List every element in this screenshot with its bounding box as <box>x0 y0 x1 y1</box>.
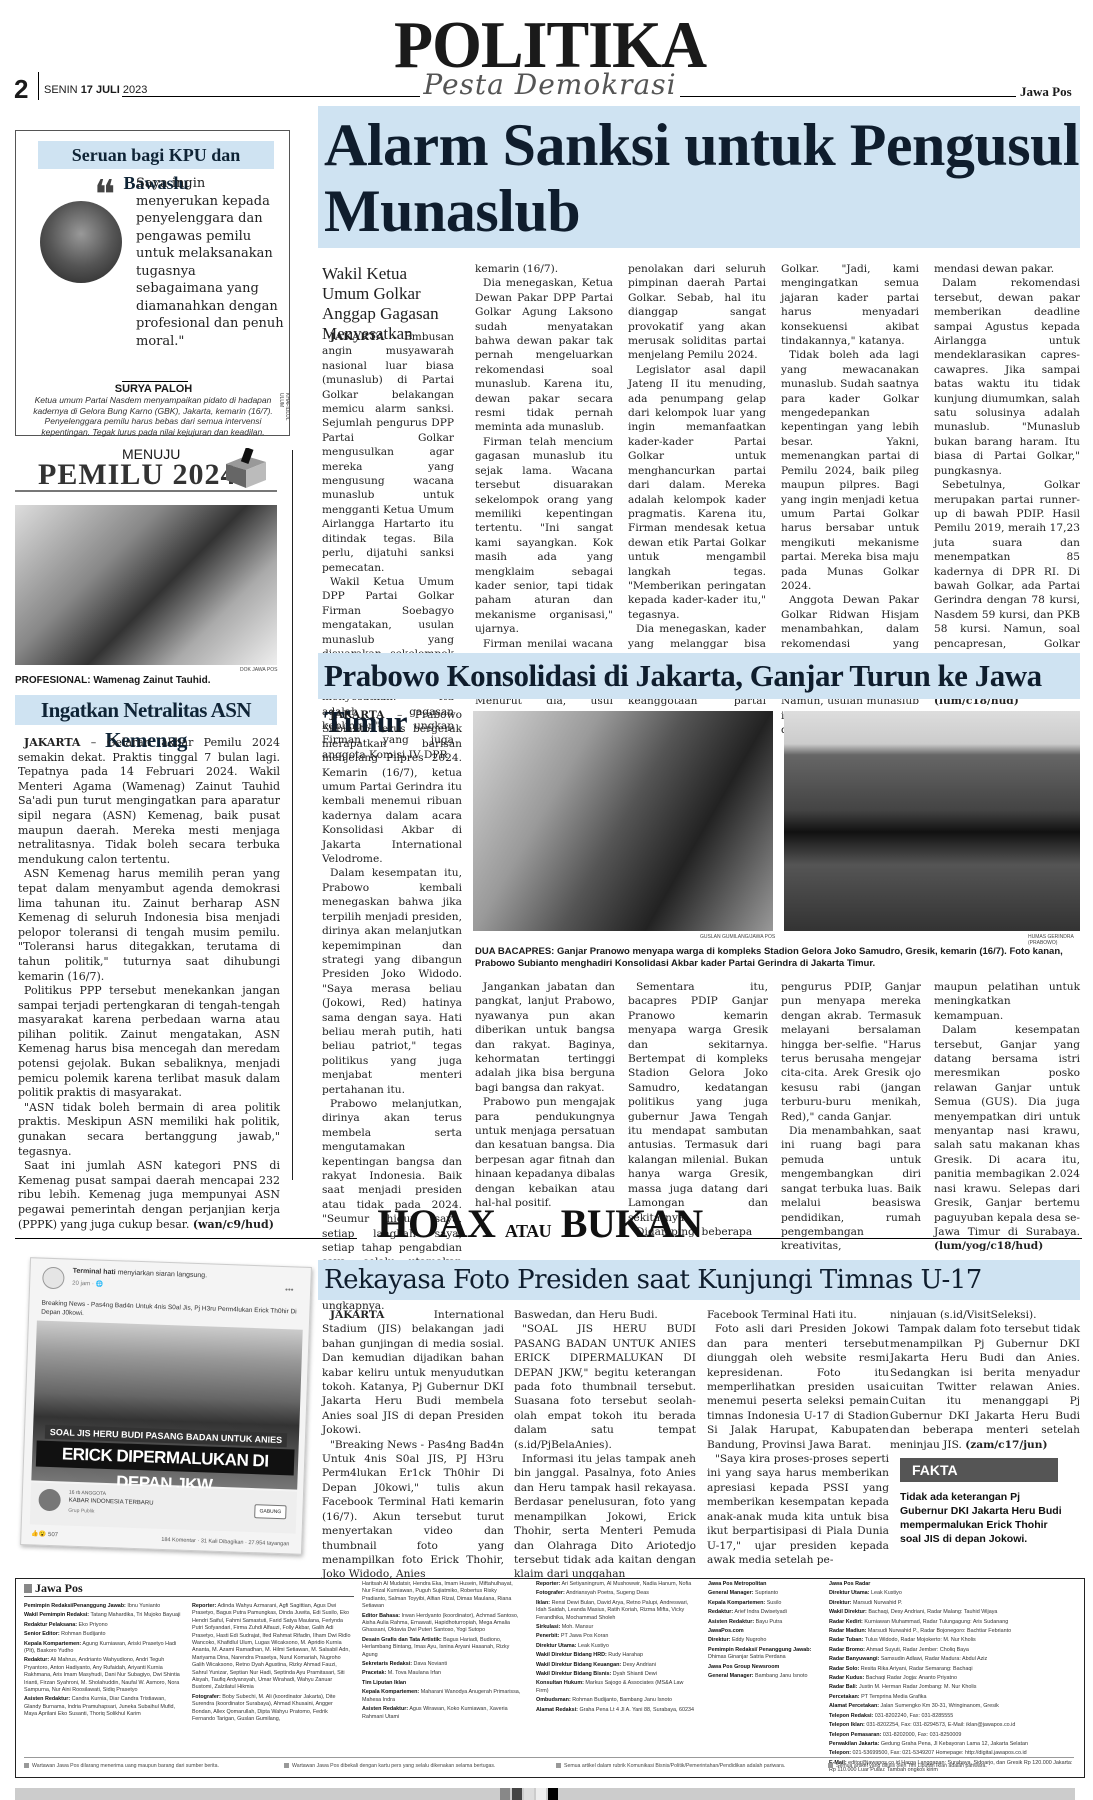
paragraph: Tampak dalam foto tersebut tidak menampi… <box>890 1323 1080 1450</box>
paragraph: Dalam kesempatan tersebut, Ganjar yang d… <box>934 1024 1080 1238</box>
more-options-icon: ••• <box>285 1285 294 1294</box>
hoax-rule-left <box>15 1238 357 1239</box>
title-bukan: BUKAN <box>561 1201 703 1246</box>
paragraph: mendasi dewan pakar. <box>934 262 1080 276</box>
impressum-entry: JawaPos.com <box>708 1628 828 1635</box>
paragraph: Firman telah mencium gagasan munaslub it… <box>475 435 613 637</box>
paragraph: maupun pelatihan untuk meningkatkan kema… <box>934 980 1080 1023</box>
impressum-entry: Kepala Kompartemen: Susilo <box>708 1600 828 1607</box>
article-column: Jangankan jabatan dan pangkat, lanjut Pr… <box>475 980 615 1211</box>
article-column: Baswedan, dan Heru Budi. "SOAL JIS HERU … <box>514 1308 696 1582</box>
caption-text: Ganjar Pranowo menyapa warga di kompleks… <box>475 946 1063 969</box>
impressum-entry: Radar Solo: Resita Rika Ariyani, Radar S… <box>829 1666 1079 1673</box>
photo-credit: KHAFIDLUL ULUM <box>278 393 290 435</box>
impressum-entry: Direktur Utama: Leak Kustiyo <box>829 1590 1079 1597</box>
impressum-entry: Wakil Direktur Bidang HRD: Rudy Harahap <box>536 1652 696 1659</box>
impressum-entry: Redaktur Pelaksana: Eko Priyono <box>24 1622 182 1629</box>
signoff: (zam/c17/jun) <box>965 1439 1047 1451</box>
article-column: maupun pelatihan untuk meningkatkan kema… <box>934 980 1080 1254</box>
signoff: (wan/c9/hud) <box>193 1218 274 1231</box>
impressum-column: Pemimpin Redaksi/Penanggung Jawab: Ibnu … <box>24 1603 182 1721</box>
paragraph: "Breaking News - Pas4ng Bad4n Untuk 4nis… <box>322 1438 504 1582</box>
article-column: ninjauan (s.id/VisitSeleksi). Tampak dal… <box>890 1308 1080 1452</box>
paragraph: kemarin (16/7). <box>475 262 613 276</box>
impressum-entry: Radar Banyuwangi: Samsudin Adlawi, Radar… <box>829 1656 1079 1663</box>
article-column: pengurus PDIP, Ganjar pun menyapa mereka… <box>781 980 921 1254</box>
hoax-section-title: HOAX ATAU BUKAN <box>360 1200 720 1247</box>
impressum-entry: Senior Editor: Rohman Budijanto <box>24 1631 182 1638</box>
article-headline: Ingatkan Netralitas ASN Kemenag <box>15 695 277 725</box>
paragraph: Dia menambahkan, saat ini ruang bagi par… <box>781 1124 921 1254</box>
impressum-entry: Radar Tuban: Tulus Widodo, Radar Mojoker… <box>829 1637 1079 1644</box>
page-number: 2 <box>14 74 28 105</box>
impressum-entry: Alamat Redaksi: Graha Pena Lt 4 Jl A. Ya… <box>536 1707 696 1714</box>
post-action: menyiarkan siaran langsung. <box>117 1269 207 1279</box>
prabowo-photo <box>784 711 1080 931</box>
impressum-entry: Penerbit: PT Jawa Pos Koran <box>536 1633 696 1640</box>
impressum-entry: Percetakan: PT Temprina Media Grafika <box>829 1694 1079 1701</box>
paragraph: penolakan dari seluruh pimpinan daerah P… <box>628 262 766 363</box>
impressum-entry: Asisten Redaktur: Agus Wirawan, Koko Kur… <box>362 1706 522 1721</box>
impressum-entry: Desain Grafis dan Tata Artistik: Bagus H… <box>362 1637 522 1659</box>
paragraph: Jangankan jabatan dan pangkat, lanjut Pr… <box>475 980 615 1095</box>
impressum-entry: Jawa Pos Metropolitan <box>708 1581 828 1588</box>
paragraph: – Embusan angin musyawarah nasional luar… <box>322 331 454 574</box>
impressum-entry: Pracetak: M. Tova Maulana Irfan <box>362 1670 522 1677</box>
impressum-rule <box>24 1596 354 1597</box>
main-headline: Alarm Sanksi untuk Pengusul Munaslub <box>318 106 1080 248</box>
dateline: JAKARTA <box>330 1309 384 1321</box>
group-members: 16 rb ANGGOTA <box>69 1490 106 1497</box>
impressum-column: Jawa Pos RadarDirektur Utama: Leak Kusti… <box>829 1581 1079 1777</box>
date-daymonth: 17 JULI <box>81 84 120 96</box>
avatar <box>42 1267 65 1290</box>
group-card: 16 rb ANGGOTA KABAR INDONESIA TERBARU Gr… <box>30 1482 297 1533</box>
impressum-entry: Jawa Pos Group Newsroom <box>708 1664 828 1671</box>
impressum-entry: Fotografer: Boby Subechi, M. Ali (koordi… <box>192 1694 352 1724</box>
paragraph: "Saya kira proses-proses seperti ini yan… <box>707 1452 889 1567</box>
caption-label: DUA BACAPRES: <box>475 946 554 957</box>
facebook-post-screenshot: Terminal hati menyiarkan siaran langsung… <box>20 1257 312 1555</box>
logo-text: Jawa Pos <box>35 1581 83 1595</box>
quote-caption: Ketua umum Partai Nasdem menyampaikan pi… <box>28 395 278 437</box>
quote-text: Saya ingin menyerukan kepada penyelengga… <box>136 175 286 350</box>
registration-marks <box>500 1788 580 1800</box>
impressum-entry: Direktur: Eddy Nugroho <box>708 1637 828 1644</box>
article-headline: Rekayasa Foto Presiden saat Kunjungi Tim… <box>318 1260 1080 1300</box>
impressum-entry: Asisten Redaktur: Bayu Putra <box>708 1619 828 1626</box>
impressum-column: Reporter: Ari Setiyaningrum, Al Mushowwi… <box>536 1581 696 1716</box>
impressum-column: Jawa Pos MetropolitanGeneral Manager: Su… <box>708 1581 828 1682</box>
impressum-entry: Wakil Direktur Bidang Bisnis: Dyah Shian… <box>536 1671 696 1678</box>
impressum-entry: Kepala Kompartemen: Maharani Wanodya Anu… <box>362 1689 522 1704</box>
paragraph: Dalam kesempatan itu, Prabowo kembali me… <box>322 866 462 1097</box>
footnote: Wartawan Jawa Pos dibekali dengan kartu … <box>284 1763 495 1769</box>
header-rule-left <box>122 96 420 97</box>
group-avatar <box>38 1489 61 1512</box>
photo-caption: DUA BACAPRES: Ganjar Pranowo menyapa war… <box>475 946 1083 970</box>
issue-date: SENIN 17 JULI 2023 <box>44 84 147 96</box>
post-time: 20 jam · 🌐 <box>72 1280 103 1288</box>
paragraph: Politikus PPP tersebut menekankan jangan… <box>18 984 280 1101</box>
pemilu-rule <box>15 490 277 492</box>
impressum-entry: Radar Madiun: Marsudi Nurwahid P., Radar… <box>829 1628 1079 1635</box>
title-atau: ATAU <box>505 1221 551 1241</box>
date-day: SENIN <box>44 84 78 96</box>
impressum-entry: Direktur: Marsudi Nurwahid P. <box>829 1600 1079 1607</box>
impressum-entry: Pemimpin Redaksi/ Penanggung Jawab: Dhim… <box>708 1647 828 1662</box>
impressum-entry: Editor Bahasa: Irwan Herdyanto (koordina… <box>362 1613 522 1635</box>
paragraph: International Stadium (JIS) belakangan j… <box>322 1309 504 1436</box>
zainut-photo <box>15 505 277 665</box>
footnote: Wartawan Jawa Pos dilarang menerima uang… <box>24 1763 219 1769</box>
hoax-rule-right <box>720 1238 1082 1239</box>
impressum-entry: Tim Liputan Iklan <box>362 1680 522 1687</box>
ballot-box-icon <box>222 448 268 488</box>
paragraph: ninjauan (s.id/VisitSeleksi). <box>890 1308 1080 1322</box>
impressum-entry: Radar Kudus: Bachaqi Radar Jogja: Ananto… <box>829 1675 1079 1682</box>
paragraph: Tidak boleh ada lagi yang mewacanakan mu… <box>781 348 919 593</box>
reaction-count: 👍😮 507 <box>31 1530 58 1538</box>
speaker-photo <box>40 201 122 283</box>
article-column: JAKARTA International Stadium (JIS) bela… <box>322 1308 504 1582</box>
speaker-rule <box>122 381 188 382</box>
impressum-entry: Sirkulasi: Moh. Mansur <box>536 1624 696 1631</box>
paragraph: Foto asli dari Presiden Jokowi dan para … <box>707 1322 889 1452</box>
paragraph: Dalam rekomendasi tersebut, dewan pakar … <box>934 276 1080 478</box>
article-column: mendasi dewan pakar. Dalam rekomendasi t… <box>934 262 1080 709</box>
impressum-logo: Jawa Pos <box>24 1581 83 1596</box>
impressum-entry: Reporter: Ari Setiyaningrum, Al Mushowwi… <box>536 1581 696 1588</box>
brand-name: Jawa Pos <box>1020 84 1072 100</box>
impressum-entry: Pemimpin Redaksi/Penanggung Jawab: Ibnu … <box>24 1603 182 1610</box>
article-column: Facebook Terminal Hati itu. Foto asli da… <box>707 1308 889 1567</box>
fakta-text: Tidak ada keterangan Pj Gubernur DKI Jak… <box>900 1490 1070 1546</box>
impressum-entry: Telepon Redaksi: 031-8202240, Fax: 031-8… <box>829 1713 1079 1720</box>
post-thumbnail: SOAL JIS HERU BUDI PASANG BADAN UNTUK AN… <box>31 1320 302 1489</box>
post-author: Terminal hati menyiarkan siaran langsung… <box>73 1268 208 1280</box>
paragraph: Golkar. "Jadi, kami mengingatkan semua j… <box>781 262 919 348</box>
date-year: 2023 <box>123 84 147 96</box>
impressum-entry: Wakil Pemimpin Redaksi: Tatang Mahardika… <box>24 1612 182 1619</box>
impressum-entry: Ombudsman: Rohman Budijanto, Bambang Jan… <box>536 1697 696 1704</box>
title-hoax: HOAX <box>377 1201 495 1246</box>
article-headline: Prabowo Konsolidasi di Jakarta, Ganjar T… <box>318 653 1080 699</box>
impressum-entry: Sekretaris Redaksi: Dava Novianti <box>362 1661 522 1668</box>
header-rule-right <box>680 96 1016 97</box>
footnote: Semua artikel dalam rubrik Komunikasi Bi… <box>556 1763 785 1769</box>
impressum-entry: Alamat Percetakan: Jalan Sumengko Km 30-… <box>829 1703 1079 1710</box>
impressum-column: Reporter: Adinda Wahyu Azmarani, Agfi Sa… <box>192 1603 352 1726</box>
impressum-column: Haritsah Al Mudatsir, Hendra Eka, Imam H… <box>362 1581 522 1723</box>
impressum-entry: Perwakilan Jakarta: Gedung Graha Pena, J… <box>829 1741 1079 1748</box>
column-divider <box>292 450 293 1180</box>
impressum-entry: Redaktur: Ali Mahrus, Andrianto Wahyudio… <box>24 1657 182 1694</box>
fakta-label: FAKTA <box>900 1458 1058 1482</box>
paragraph: ASN Kemenag harus memilih peran yang tep… <box>18 867 280 984</box>
impressum-entry: General Manager: Bambang Janu Isnoto <box>708 1673 828 1680</box>
impressum-entry: Telepon Pemasaran: 031-8202000, Fax: 031… <box>829 1732 1079 1739</box>
impressum-entry: Haritsah Al Mudatsir, Hendra Eka, Imam H… <box>362 1581 522 1611</box>
paragraph: Sementara itu, bacapres PDIP Ganjar Pran… <box>628 980 768 1225</box>
impressum-entry: Wakil Direktur Bidang Keuangan: Desy And… <box>536 1662 696 1669</box>
footnote: Semua artikel yang ditulis oleh Tim Lipu… <box>828 1763 987 1769</box>
impressum-entry: Radar Bromo: Ahmad Suyuti, Radar Jember:… <box>829 1647 1079 1654</box>
paragraph: Prabowo pun mengajak para pendukungnya u… <box>475 1095 615 1210</box>
impressum-entry: Reporter: Adinda Wahyu Azmarani, Agfi Sa… <box>192 1603 352 1692</box>
paragraph: "ASN tidak boleh bermain di area politik… <box>18 1101 280 1159</box>
impressum-entry: Wakil Direktur: Bachaqi, Desy Andriani, … <box>829 1609 1079 1616</box>
impressum-entry: General Manager: Suprianto <box>708 1590 828 1597</box>
photo-credit: DOK JAWA POS <box>240 667 277 673</box>
impressum-entry: Telepon Iklan: 031-8202254, Fax: 031-829… <box>829 1722 1079 1729</box>
impressum-entry: Fotografer: Andriansyah Poetra, Sugeng D… <box>536 1590 696 1597</box>
paragraph: – Gelaran akbar Pemilu 2024 semakin deka… <box>18 736 280 866</box>
page-separator <box>38 72 39 100</box>
paragraph: – Prabowo Subianto terus bergerak merapa… <box>322 709 462 865</box>
quote-title: Seruan bagi KPU dan Bawaslu <box>38 141 274 169</box>
impressum-entry: Radar Kediri: Kurniawan Muhammad, Radar … <box>829 1619 1079 1626</box>
impressum-entry: Kepala Kompartemen: Agung Kurniawan, Ari… <box>24 1641 182 1656</box>
impressum-entry: Radar Bali: Justin M. Herman Radar Jomba… <box>829 1684 1079 1691</box>
impressum-entry: Jawa Pos Radar <box>829 1581 1079 1588</box>
section-subtitle: Pesta Demokrasi <box>420 68 680 101</box>
impressum-box: Jawa Pos Pemimpin Redaksi/Penanggung Jaw… <box>15 1578 1085 1778</box>
paragraph: Dia menegaskan, Ketua Dewan Pakar DPP Pa… <box>475 276 613 434</box>
paragraph: Informasi itu jelas tampak aneh bin jang… <box>514 1452 696 1582</box>
post-stats: 184 Komentar · 31 Kali Dibagikan · 27.95… <box>161 1537 289 1547</box>
paragraph: Baswedan, dan Heru Budi. <box>514 1308 696 1322</box>
impressum-footer-rule <box>24 1757 1074 1758</box>
group-name: KABAR INDONESIA TERBARU <box>69 1498 154 1507</box>
quote-box: Seruan bagi KPU dan Bawaslu ❝ Saya ingin… <box>15 130 290 436</box>
impressum-entry: Direktur Utama: Leak Kustiyo <box>536 1643 696 1650</box>
impressum-entry: Redaktur: Arief Indra Dwisetyadi <box>708 1609 828 1616</box>
paragraph: Facebook Terminal Hati itu. <box>707 1308 889 1322</box>
paragraph: "SOAL JIS HERU BUDI PASANG BADAN UNTUK A… <box>514 1322 696 1452</box>
paragraph: Legislator asal dapil Jateng II itu menu… <box>628 363 766 622</box>
photo-credit: GUSLAN GUMILANG/JAWA POS <box>700 934 775 940</box>
paragraph: pengurus PDIP, Ganjar pun menyapa mereka… <box>781 980 921 1124</box>
dateline: JAKARTA <box>24 736 80 749</box>
photo-caption: PROFESIONAL: Wamenag Zainut Tauhid. <box>15 675 211 686</box>
account-name: Terminal hati <box>73 1268 116 1276</box>
dateline: JAKARTA <box>330 709 384 721</box>
pemilu-banner-big: PEMILU 2024 <box>38 458 237 492</box>
reactions-value: 507 <box>48 1532 58 1538</box>
article-body: JAKARTA – Gelaran akbar Pemilu 2024 sema… <box>18 736 280 1232</box>
signoff: (lum/yog/c18/hud) <box>934 1240 1043 1252</box>
impressum-entry: Iklan: Rensi Dewi Bulan, David Arya, Ret… <box>536 1600 696 1622</box>
join-group-button: GABUNG <box>254 1504 286 1519</box>
group-type: Grup Publik <box>68 1508 94 1515</box>
impressum-entry: Asisten Redaktur: Candra Kurnia, Diar Ca… <box>24 1696 182 1718</box>
speaker-name: SURYA PALOH <box>16 383 291 395</box>
photo-credit: HUMAS GERINDRA (PRABOWO) <box>1028 934 1093 946</box>
dateline: JAKARTA <box>330 331 384 343</box>
ganjar-photo <box>473 711 773 931</box>
impressum-entry: Konsultan Hukum: Markus Sajogo & Associa… <box>536 1680 696 1695</box>
logo-square-icon <box>24 1584 32 1593</box>
